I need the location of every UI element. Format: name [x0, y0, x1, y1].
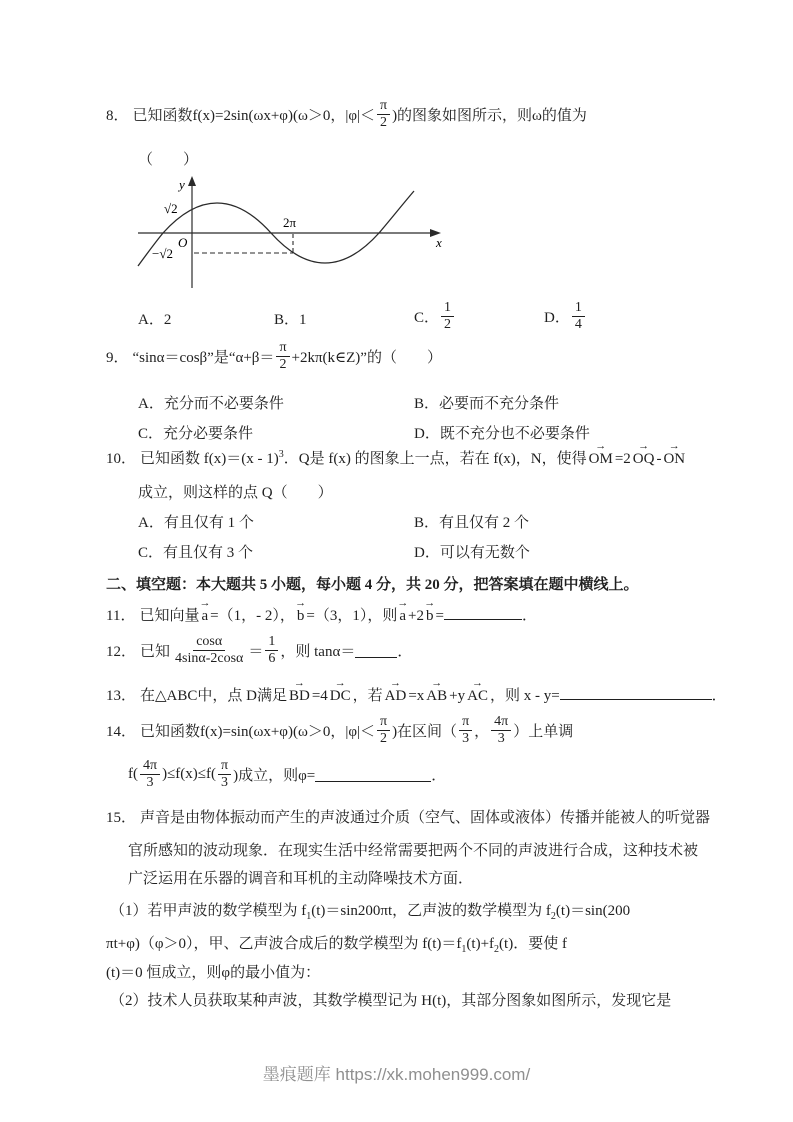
vector-b: →b [295, 608, 307, 625]
vector-AC: →AC [465, 688, 490, 705]
question-12: 12． 已知 cosα 4sinα-2cosα ＝ 1 6 ，则 tanα＝ ． [106, 634, 412, 667]
footer-watermark: 墨痕题库 https://xk.mohen999.com/ [0, 1060, 793, 1085]
fraction-pi-over-2: π2 [377, 714, 390, 747]
fraction-pi-over-2: π 2 [276, 340, 289, 373]
vector-OM: →OM [587, 451, 615, 468]
vector-arrow-icon: → [383, 678, 409, 689]
fraction-one-half: 12 [441, 300, 454, 333]
sine-graph-svg: y x O √2 −√2 2π [130, 176, 460, 294]
option-b: B．必要而不充分条件 [414, 392, 559, 413]
question-number: 10． [106, 451, 136, 467]
fraction-one-sixth: 1 6 [265, 634, 278, 667]
option-b: B．1 [274, 308, 307, 329]
vector-ON: →ON [661, 451, 687, 468]
answer-blank [315, 767, 431, 782]
option-d: D．既不充分也不必要条件 [414, 422, 590, 443]
vector-DC: →DC [328, 688, 353, 705]
y-axis-arrow-icon [188, 176, 196, 186]
option-c: C． 12 [414, 300, 456, 333]
vector-arrow-icon: → [587, 441, 615, 452]
vector-OQ: →OQ [631, 451, 657, 468]
answer-blank [444, 605, 522, 620]
q15-part1-line1: （1）若甲声波的数学模型为 f1(t)＝sin200πt，乙声波的数学模型为 f… [110, 899, 630, 922]
q8-options: A．2 B．1 C． 12 D． 14 [106, 300, 696, 340]
question-number: 8． [106, 104, 129, 125]
exam-page: 8． 已知函数f(x)=2sin(ωx+φ)(ω＞0，|φ|＜ π 2 )的图象… [0, 0, 793, 1122]
sine-curve [138, 191, 414, 266]
option-a: A．充分而不必要条件 [138, 392, 284, 413]
vector-arrow-icon: → [424, 678, 449, 689]
question-text: 已知函数 f(x)＝(x - 1) [140, 451, 279, 467]
fraction-pi-over-3: π3 [218, 758, 231, 791]
fraction-pi-over-2: π 2 [377, 98, 390, 131]
question-number: 14． [106, 720, 136, 741]
question-number: 11． [106, 608, 135, 624]
vector-arrow-icon: → [328, 678, 353, 689]
question-text: 已知函数f(x)=2sin(ωx+φ)(ω＞0，|φ|＜ [133, 104, 375, 125]
q8-sine-graph: y x O √2 −√2 2π [130, 176, 460, 299]
vector-arrow-icon: → [199, 598, 210, 609]
question-number: 15． [106, 810, 136, 826]
vector-arrow-icon: → [287, 678, 312, 689]
question-number: 13． [106, 688, 136, 704]
question-8-line1: 8． 已知函数f(x)=2sin(ωx+φ)(ω＞0，|φ|＜ π 2 )的图象… [106, 98, 587, 131]
question-9-line1: 9． “sinα＝cosβ”是“α+β＝ π 2 +2kπ(k∈Z)”的（ ） [106, 340, 442, 373]
2pi-tick-label: 2π [283, 215, 297, 230]
vector-AB: →AB [424, 688, 449, 705]
vector-arrow-icon: → [465, 678, 490, 689]
option-c: C．有且仅有 3 个 [138, 541, 253, 562]
q15-part1-line2: πt+φ)（φ＞0），甲、乙声波合成后的数学模型为 f(t)＝f1(t)+f2(… [106, 932, 567, 955]
question-10-line1: 10．已知函数 f(x)＝(x - 1)3．Q是 f(x) 的图象上一点，若在 … [106, 447, 687, 468]
question-8-parens: （ ） [138, 148, 198, 169]
fraction-cos-over-expr: cosα 4sinα-2cosα [172, 634, 246, 667]
y-axis-label: y [177, 177, 185, 192]
option-d: D． 14 [544, 300, 587, 333]
question-text: ．Q是 f(x) 的图象上一点，若在 f(x)，N，使得 [284, 451, 587, 467]
question-15-line1: 15．声音是由物体振动而产生的声波通过介质（空气、固体或液体）传播并能被人的听觉… [106, 806, 710, 827]
section-2-title: 二、填空题：本大题共 5 小题，每小题 4 分，共 20 分，把答案填在题中横线… [106, 573, 639, 594]
answer-blank [355, 643, 397, 658]
fraction-4pi-over-3: 4π3 [140, 758, 160, 791]
option-a: A．2 [138, 308, 171, 329]
vector-b: →b [424, 608, 436, 625]
option-d: D．可以有无数个 [414, 541, 530, 562]
question-11: 11．已知向量→a=（1，- 2），→b=（3，1），则→a+2→b=． [106, 604, 537, 625]
fraction-pi-over-3: π3 [459, 714, 472, 747]
sqrt2-tick-label: √2 [164, 201, 178, 216]
origin-label: O [178, 235, 188, 250]
question-number: 9． [106, 346, 129, 367]
vector-a: →a [199, 608, 210, 625]
option-b: B．有且仅有 2 个 [414, 511, 529, 532]
question-14-line2: f( 4π3 )≤f(x)≤f( π3 )成立，则φ= ． [128, 758, 446, 791]
vector-arrow-icon: → [397, 598, 408, 609]
question-text: )的图象如图所示，则ω的值为 [392, 104, 587, 125]
answer-blank [560, 685, 712, 700]
question-15-line3: 广泛运用在乐器的调音和耳机的主动降噪技术方面． [128, 867, 473, 888]
vector-BD: →BD [287, 688, 312, 705]
q15-part2-line1: （2）技术人员获取某种声波，其数学模型记为 H(t)，其部分图象如图所示，发现它… [110, 989, 671, 1010]
neg-sqrt2-tick-label: −√2 [152, 246, 173, 261]
fraction-4pi-over-3: 4π3 [491, 714, 511, 747]
option-c: C．充分必要条件 [138, 422, 253, 443]
vector-a: →a [397, 608, 408, 625]
option-a: A．有且仅有 1 个 [138, 511, 254, 532]
vector-arrow-icon: → [424, 598, 436, 609]
x-axis-label: x [435, 235, 442, 250]
vector-arrow-icon: → [661, 441, 687, 452]
question-13: 13．在△ABC中，点 D满足→BD=4→DC，若→AD=x→AB+y→AC，则… [106, 684, 727, 705]
vector-arrow-icon: → [295, 598, 307, 609]
question-15-line2: 官所感知的波动现象．在现实生活中经常需要把两个不同的声波进行合成，这种技术被 [128, 839, 698, 860]
question-text: +2kπ(k∈Z)”的（ ） [292, 346, 442, 367]
fraction-one-quarter: 14 [572, 300, 585, 333]
vector-arrow-icon: → [631, 441, 657, 452]
question-14-line1: 14． 已知函数f(x)=sin(ωx+φ)(ω＞0，|φ|＜ π2 )在区间（… [106, 714, 573, 747]
question-text: “sinα＝cosβ”是“α+β＝ [133, 346, 275, 367]
q15-part1-line3: (t)＝0 恒成立，则φ的最小值为： [106, 961, 320, 982]
question-10-line2: 成立，则这样的点 Q（ ） [138, 481, 333, 502]
vector-AD: →AD [383, 688, 409, 705]
question-number: 12． [106, 640, 136, 661]
